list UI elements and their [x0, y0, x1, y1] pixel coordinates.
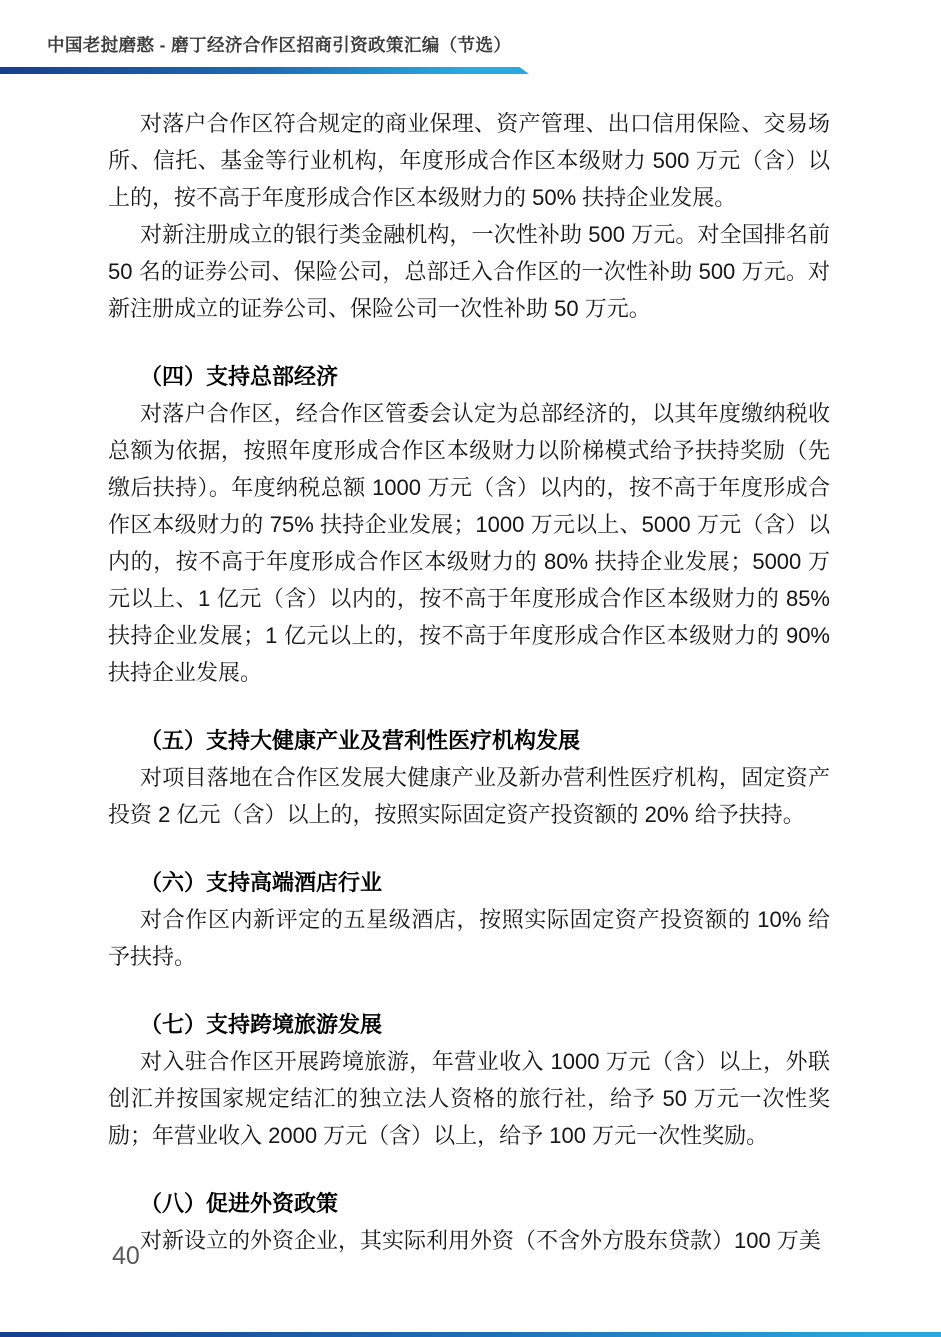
body-paragraph: 对新设立的外资企业，其实际利用外资（不含外方股东贷款）100 万美 — [108, 1222, 830, 1259]
section-heading: （四）支持总部经济 — [108, 358, 830, 395]
body-paragraph: 对合作区内新评定的五星级酒店，按照实际固定资产投资额的 10% 给予扶持。 — [108, 901, 830, 975]
section-heading: （七）支持跨境旅游发展 — [108, 1006, 830, 1043]
body-paragraph: 对入驻合作区开展跨境旅游，年营业收入 1000 万元（含）以上，外联创汇并按国家… — [108, 1043, 830, 1154]
body-paragraph: 对项目落地在合作区发展大健康产业及新办营利性医疗机构，固定资产投资 2 亿元（含… — [108, 759, 830, 833]
body-paragraph: 对落户合作区符合规定的商业保理、资产管理、出口信用保险、交易场所、信托、基金等行… — [108, 105, 830, 216]
section-heading: （六）支持高端酒店行业 — [108, 864, 830, 901]
header-accent-bar — [0, 67, 529, 74]
section-heading: （五）支持大健康产业及营利性医疗机构发展 — [108, 722, 830, 759]
page-number: 40 — [112, 1242, 140, 1271]
document-body: 对落户合作区符合规定的商业保理、资产管理、出口信用保险、交易场所、信托、基金等行… — [108, 105, 830, 1259]
body-paragraph: 对新注册成立的银行类金融机构，一次性补助 500 万元。对全国排名前 50 名的… — [108, 216, 830, 327]
body-paragraph: 对落户合作区，经合作区管委会认定为总部经济的，以其年度缴纳税收总额为依据，按照年… — [108, 395, 830, 691]
document-page: 中国老挝磨憨 - 磨丁经济合作区招商引资政策汇编（节选） 对落户合作区符合规定的… — [0, 0, 941, 1337]
page-title: 中国老挝磨憨 - 磨丁经济合作区招商引资政策汇编（节选） — [47, 32, 511, 57]
section-heading: （八）促进外资政策 — [108, 1185, 830, 1222]
footer-accent-bar — [0, 1332, 941, 1337]
